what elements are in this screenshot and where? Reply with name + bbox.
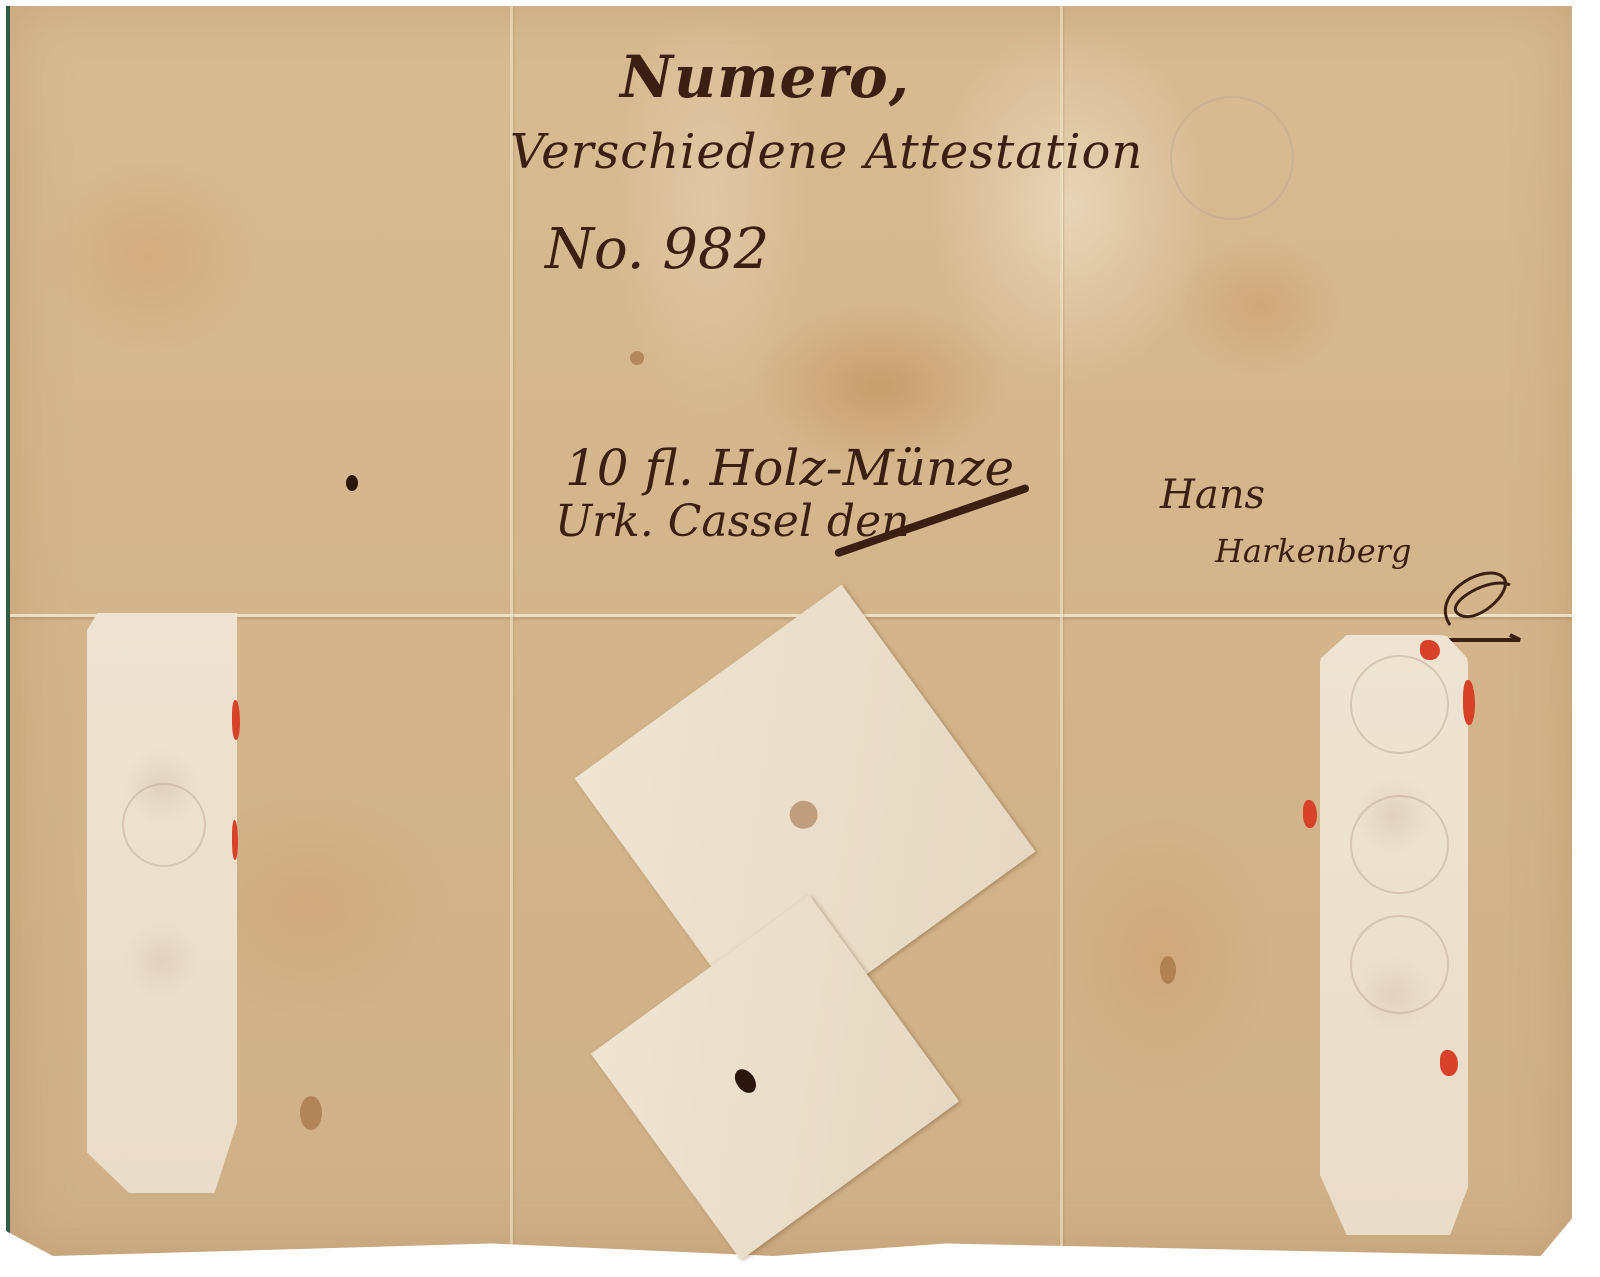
vertical-fold-crease-left [510,6,513,1256]
embossed-seal-impression [1350,915,1449,1014]
heading-text: Numero, [620,48,910,106]
vertical-fold-crease-right [1060,6,1063,1256]
embossed-seal-impression [1350,795,1449,894]
embossed-seal-impression [122,783,206,867]
red-wax-trace [1440,1050,1458,1076]
document-photo: Numero, Verschiedene Attestation No. 982… [0,0,1600,1277]
stain-spot [300,1096,322,1130]
red-wax-trace [232,820,238,860]
red-wax-trace [1420,640,1440,660]
subheading-text: Verschiedene Attestation [510,128,1143,176]
right-seal-strip [1320,635,1468,1235]
embossed-stamp-mark [1170,96,1294,220]
red-wax-trace [1303,800,1317,828]
signature-first-name: Hans [1160,475,1265,515]
amount-text: 10 fl. Holz-Münze [565,443,1014,493]
place-text: Urk. Cassel den [555,500,909,544]
horizontal-fold-crease [10,614,1572,617]
signature-flourish-icon [1420,555,1530,645]
ink-spot [630,351,644,365]
stain-spot [784,795,823,834]
signature-surname: Harkenberg [1215,535,1411,567]
embossed-seal-impression [1350,655,1449,754]
red-wax-trace [1463,680,1475,725]
stain-spot [1160,956,1176,984]
ink-blot [346,475,358,491]
document-number: No. 982 [545,222,769,278]
red-wax-trace [232,700,240,740]
ink-blot [731,1065,761,1097]
left-seal-strip [87,613,237,1193]
